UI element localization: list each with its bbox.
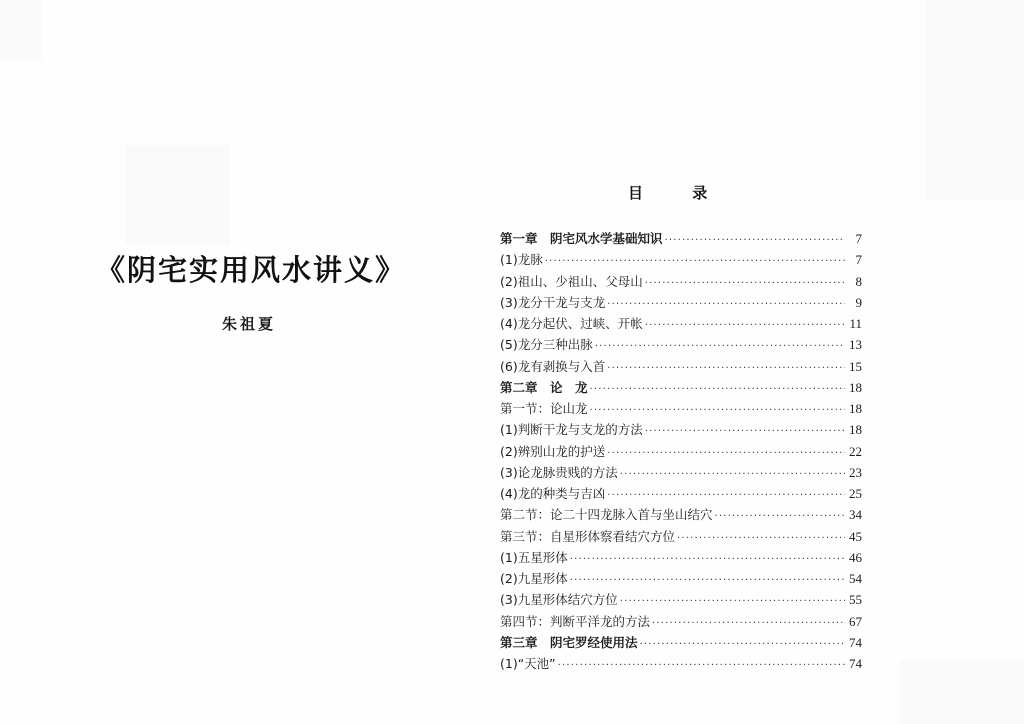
toc-page-number: 22 xyxy=(848,441,862,462)
toc-item-entry[interactable]: (2)辨别山龙的护送22 xyxy=(500,441,862,462)
toc-section-entry[interactable]: 第二节：论二十四龙脉入首与坐山结穴34 xyxy=(500,504,862,525)
dot-leader xyxy=(645,421,845,442)
toc-item-entry[interactable]: (4)龙的种类与吉凶25 xyxy=(500,483,862,504)
dot-leader xyxy=(620,464,845,485)
toc-section-entry[interactable]: 第一节：论山龙18 xyxy=(500,398,862,419)
toc-page-number: 74 xyxy=(848,653,862,674)
dot-leader xyxy=(677,528,845,549)
toc-entry-label: 第二章 论 龙 xyxy=(500,377,588,398)
toc-section-entry[interactable]: 第四节：判断平洋龙的方法67 xyxy=(500,611,862,632)
toc-item-entry[interactable]: (2)祖山、少祖山、父母山8 xyxy=(500,271,862,292)
toc-page-number: 23 xyxy=(848,462,862,483)
toc-item-entry[interactable]: (1)龙脉7 xyxy=(500,249,862,270)
dot-leader xyxy=(545,251,845,272)
toc-section-entry[interactable]: 第三节：自星形体察看结穴方位45 xyxy=(500,526,862,547)
dot-leader xyxy=(640,634,845,655)
toc-item-entry[interactable]: (3)九星形体结穴方位55 xyxy=(500,589,862,610)
toc-item-entry[interactable]: (3)论龙脉贵贱的方法23 xyxy=(500,462,862,483)
toc-page-number: 7 xyxy=(848,228,862,249)
scanned-book-spread: 《阴宅实用风水讲义》 朱祖夏 目 录 第一章 阴宅风水学基础知识7(1)龙脉7(… xyxy=(0,0,1024,724)
toc-chapter-entry[interactable]: 第一章 阴宅风水学基础知识7 xyxy=(500,228,862,249)
toc-item-entry[interactable]: (1)判断干龙与支龙的方法18 xyxy=(500,419,862,440)
toc-entry-label: (1)“天池” xyxy=(500,653,556,674)
dot-leader xyxy=(570,570,845,591)
toc-page-number: 74 xyxy=(848,632,862,653)
toc-page-number: 18 xyxy=(848,419,862,440)
toc-entry-label: 第三节：自星形体察看结穴方位 xyxy=(500,526,675,547)
table-of-contents: 第一章 阴宅风水学基础知识7(1)龙脉7(2)祖山、少祖山、父母山8(3)龙分干… xyxy=(500,228,862,674)
toc-page-number: 54 xyxy=(848,568,862,589)
toc-entry-label: 第一节：论山龙 xyxy=(500,398,588,419)
toc-entry-label: (2)九星形体 xyxy=(500,568,568,589)
toc-page-number: 46 xyxy=(848,547,862,568)
toc-entry-label: (1)判断干龙与支龙的方法 xyxy=(500,419,643,440)
author-name: 朱祖夏 xyxy=(222,313,276,334)
toc-page-number: 67 xyxy=(848,611,862,632)
toc-entry-label: (5)龙分三种出脉 xyxy=(500,334,593,355)
dot-leader xyxy=(590,379,845,400)
toc-item-entry[interactable]: (5)龙分三种出脉13 xyxy=(500,334,862,355)
dot-leader xyxy=(558,655,845,676)
toc-page-number: 55 xyxy=(848,589,862,610)
toc-entry-label: (1)龙脉 xyxy=(500,249,543,270)
dot-leader xyxy=(607,294,845,315)
toc-page-number: 13 xyxy=(848,334,862,355)
toc-page-number: 34 xyxy=(848,504,862,525)
toc-entry-label: (3)龙分干龙与支龙 xyxy=(500,292,605,313)
dot-leader xyxy=(620,591,845,612)
toc-page-number: 11 xyxy=(848,313,862,334)
dot-leader xyxy=(607,358,845,379)
toc-entry-label: 第二节：论二十四龙脉入首与坐山结穴 xyxy=(500,504,713,525)
toc-entry-label: (6)龙有剥换与入首 xyxy=(500,356,605,377)
toc-entry-label: (3)论龙脉贵贱的方法 xyxy=(500,462,618,483)
dot-leader xyxy=(645,273,845,294)
dot-leader xyxy=(715,506,845,527)
toc-page-number: 18 xyxy=(848,377,862,398)
toc-item-entry[interactable]: (6)龙有剥换与入首15 xyxy=(500,356,862,377)
toc-item-entry[interactable]: (1)“天池”74 xyxy=(500,653,862,674)
book-title: 《阴宅实用风水讲义》 xyxy=(96,248,406,289)
dot-leader xyxy=(570,549,845,570)
dot-leader xyxy=(607,485,845,506)
toc-entry-label: 第一章 阴宅风水学基础知识 xyxy=(500,228,663,249)
toc-page-number: 7 xyxy=(848,249,862,270)
toc-entry-label: 第三章 阴宅罗经使用法 xyxy=(500,632,638,653)
toc-entry-label: (4)龙分起伏、过峡、开帐 xyxy=(500,313,643,334)
dot-leader xyxy=(590,400,845,421)
toc-entry-label: (2)祖山、少祖山、父母山 xyxy=(500,271,643,292)
toc-page-number: 25 xyxy=(848,483,862,504)
toc-chapter-entry[interactable]: 第二章 论 龙18 xyxy=(500,377,862,398)
toc-entry-label: (1)五星形体 xyxy=(500,547,568,568)
toc-page-number: 15 xyxy=(848,356,862,377)
toc-page-number: 18 xyxy=(848,398,862,419)
dot-leader xyxy=(595,336,845,357)
toc-page-number: 8 xyxy=(848,271,862,292)
toc-heading: 目 录 xyxy=(628,182,707,203)
toc-page-number: 9 xyxy=(848,292,862,313)
toc-item-entry[interactable]: (2)九星形体54 xyxy=(500,568,862,589)
dot-leader xyxy=(645,315,845,336)
toc-entry-label: 第四节：判断平洋龙的方法 xyxy=(500,611,650,632)
toc-entry-label: (3)九星形体结穴方位 xyxy=(500,589,618,610)
dot-leader xyxy=(652,613,845,634)
dot-leader xyxy=(607,443,845,464)
toc-item-entry[interactable]: (3)龙分干龙与支龙9 xyxy=(500,292,862,313)
toc-item-entry[interactable]: (4)龙分起伏、过峡、开帐11 xyxy=(500,313,862,334)
toc-entry-label: (2)辨别山龙的护送 xyxy=(500,441,605,462)
toc-chapter-entry[interactable]: 第三章 阴宅罗经使用法74 xyxy=(500,632,862,653)
toc-item-entry[interactable]: (1)五星形体46 xyxy=(500,547,862,568)
left-page: 《阴宅实用风水讲义》 朱祖夏 xyxy=(0,0,480,724)
toc-entry-label: (4)龙的种类与吉凶 xyxy=(500,483,605,504)
toc-page-number: 45 xyxy=(848,526,862,547)
dot-leader xyxy=(665,230,845,251)
